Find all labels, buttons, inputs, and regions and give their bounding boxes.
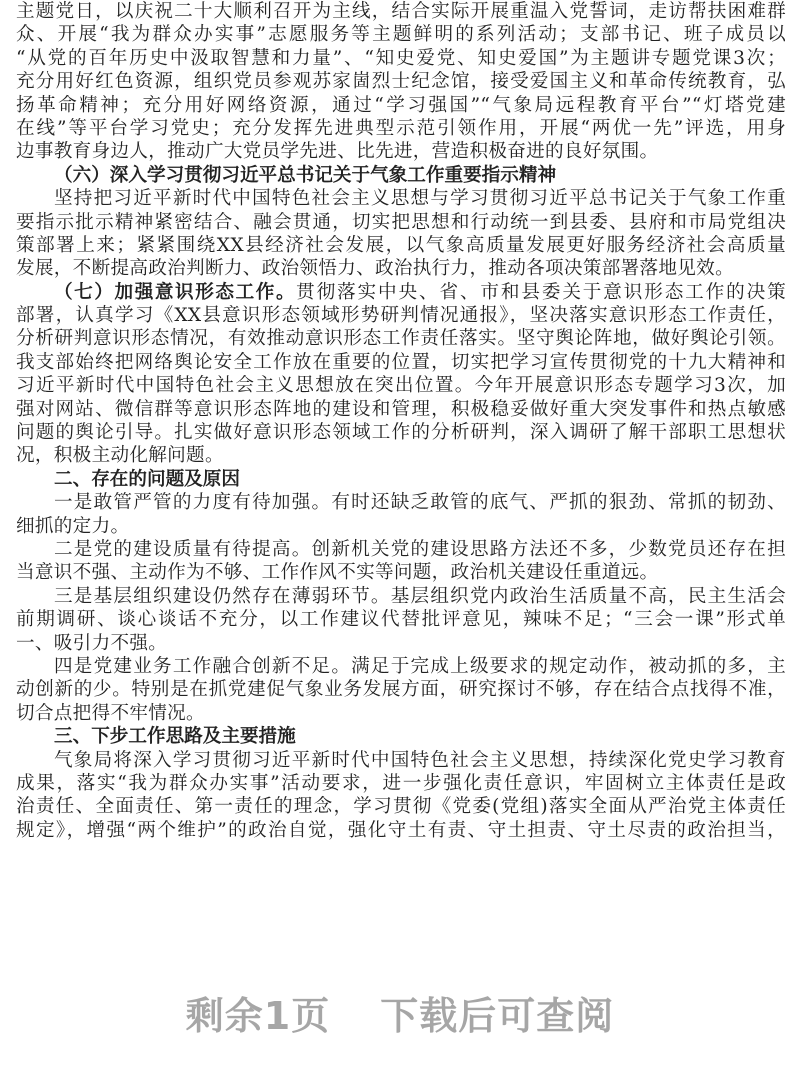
paragraph-line: 况，积极主动化解问题。 xyxy=(16,444,786,467)
document-page: 主题党日，以庆祝二十大顺利召开为主线，结合实际开展重温入党誓词，走访帮扶困难群众… xyxy=(16,0,786,842)
paragraph-line: 问题的舆论引导。扎实做好意识形态领域工作的分析研判，深入调研了解干部职工思想状 xyxy=(16,421,786,444)
paragraph-line: 习近平新时代中国特色社会主义思想放在突出位置。今年开展意识形态专题学习3次，加 xyxy=(16,374,786,397)
section-heading: 二、存在的问题及原因 xyxy=(16,468,786,491)
paragraph-line: 三是基层组织建设仍然存在薄弱环节。基层组织党内政治生活质量不高，民主生活会 xyxy=(16,585,786,608)
download-hint-label[interactable]: 下载后可查阅 xyxy=(380,994,614,1038)
paragraph-line: 气象局将深入学习贯彻习近平新时代中国特色社会主义思想，持续深化党史学习教育 xyxy=(16,749,786,772)
paragraph-line: 细抓的定力。 xyxy=(16,515,786,538)
paragraph-line: 众、开展“我为群众办实事”志愿服务等主题鲜明的系列活动；支部书记、班子成员以 xyxy=(16,23,786,46)
section-heading: 三、下步工作思路及主要措施 xyxy=(16,725,786,748)
paragraph-line: 要指示批示精神紧密结合、融会贯通，切实把思想和行动统一到县委、县府和市局党组决 xyxy=(16,211,786,234)
line-text: 贯彻落实中央、省、市和县委关于意识形态工作的决策 xyxy=(296,282,786,303)
paragraph-line: 四是党建业务工作融合创新不足。满足于完成上级要求的规定动作，被动抓的多，主 xyxy=(16,655,786,678)
paragraph-line: 主题党日，以庆祝二十大顺利召开为主线，结合实际开展重温入党誓词，走访帮扶困难群 xyxy=(16,0,786,23)
paragraph-line: 部署，认真学习《XX县意识形态领域形势研判情况通报》，坚决落实意识形态工作责任， xyxy=(16,304,786,327)
paragraph-line: （七）加强意识形态工作。贯彻落实中央、省、市和县委关于意识形态工作的决策 xyxy=(16,281,786,304)
paragraph-line: 切合点把得不牢情况。 xyxy=(16,702,786,725)
paragraph-line: 坚持把习近平新时代中国特色社会主义思想与学习贯彻习近平总书记关于气象工作重 xyxy=(16,187,786,210)
paragraph-line: 治责任、全面责任、第一责任的理念，学习贯彻《党委(党组)落实全面从严治党主体责任 xyxy=(16,795,786,818)
paragraph-line: 前期调研、谈心谈话不充分，以工作建议代替批评意见，辣味不足；“三会一课”形式单 xyxy=(16,608,786,631)
paragraph-line: 一、吸引力不强。 xyxy=(16,632,786,655)
section-heading: （六）深入学习贯彻习近平总书记关于气象工作重要指示精神 xyxy=(16,164,786,187)
paragraph-line: 成果，落实“我为群众办实事”活动要求，进一步强化责任意识，牢固树立主体责任是政 xyxy=(16,772,786,795)
paragraph-line: 规定》，增强“两个维护”的政治自觉，强化守土有责、守土担责、守土尽责的政治担当， xyxy=(16,819,786,842)
paragraph-line: 扬革命精神；充分用好网络资源，通过“学习强国”“气象局远程教育平台”“灯塔党建 xyxy=(16,94,786,117)
paragraph-line: 策部署上来；紧紧围绕XX县经济社会发展，以气象高质量发展更好服务经济社会高质量 xyxy=(16,234,786,257)
paragraph-line: 分析研判意识形态情况，有效推动意识形态工作责任落实。坚守舆论阵地，做好舆论引领。 xyxy=(16,327,786,350)
inline-heading: （七）加强意识形态工作。 xyxy=(54,282,296,303)
remaining-pages-label: 剩余1页 xyxy=(186,994,330,1038)
download-prompt[interactable]: 剩余1页下载后可查阅 xyxy=(0,985,800,1040)
paragraph-line: 我支部始终把网络舆论安全工作放在重要的位置，切实把学习宣传贯彻党的十九大精神和 xyxy=(16,351,786,374)
paragraph-line: “从党的百年历史中汲取智慧和力量”、“知史爱党、知史爱国”为主题讲专题党课3次； xyxy=(16,47,786,70)
paragraph-line: 充分用好红色资源，组织党员参观苏家崮烈士纪念馆，接受爱国主义和革命传统教育，弘 xyxy=(16,70,786,93)
paragraph-line: 边事教育身边人，推动广大党员学先进、比先进，营造积极奋进的良好氛围。 xyxy=(16,140,786,163)
paragraph-line: 动创新的少。特别是在抓党建促气象业务发展方面，研究探讨不够，存在结合点找得不准， xyxy=(16,678,786,701)
paragraph-line: 强对网站、微信群等意识形态阵地的建设和管理，积极稳妥做好重大突发事件和热点敏感 xyxy=(16,398,786,421)
paragraph-line: 一是敢管严管的力度有待加强。有时还缺乏敢管的底气、严抓的狠劲、常抓的韧劲、 xyxy=(16,491,786,514)
paragraph-line: 当意识不强、主动作为不够、工作作风不实等问题，政治机关建设任重道远。 xyxy=(16,561,786,584)
paragraph-line: 发展，不断提高政治判断力、政治领悟力、政治执行力，推动各项决策部署落地见效。 xyxy=(16,257,786,280)
paragraph-line: 二是党的建设质量有待提高。创新机关党的建设思路方法还不多，少数党员还存在担 xyxy=(16,538,786,561)
paragraph-line: 在线”等平台学习党史；充分发挥先进典型示范引领作用，开展“两优一先”评选，用身 xyxy=(16,117,786,140)
